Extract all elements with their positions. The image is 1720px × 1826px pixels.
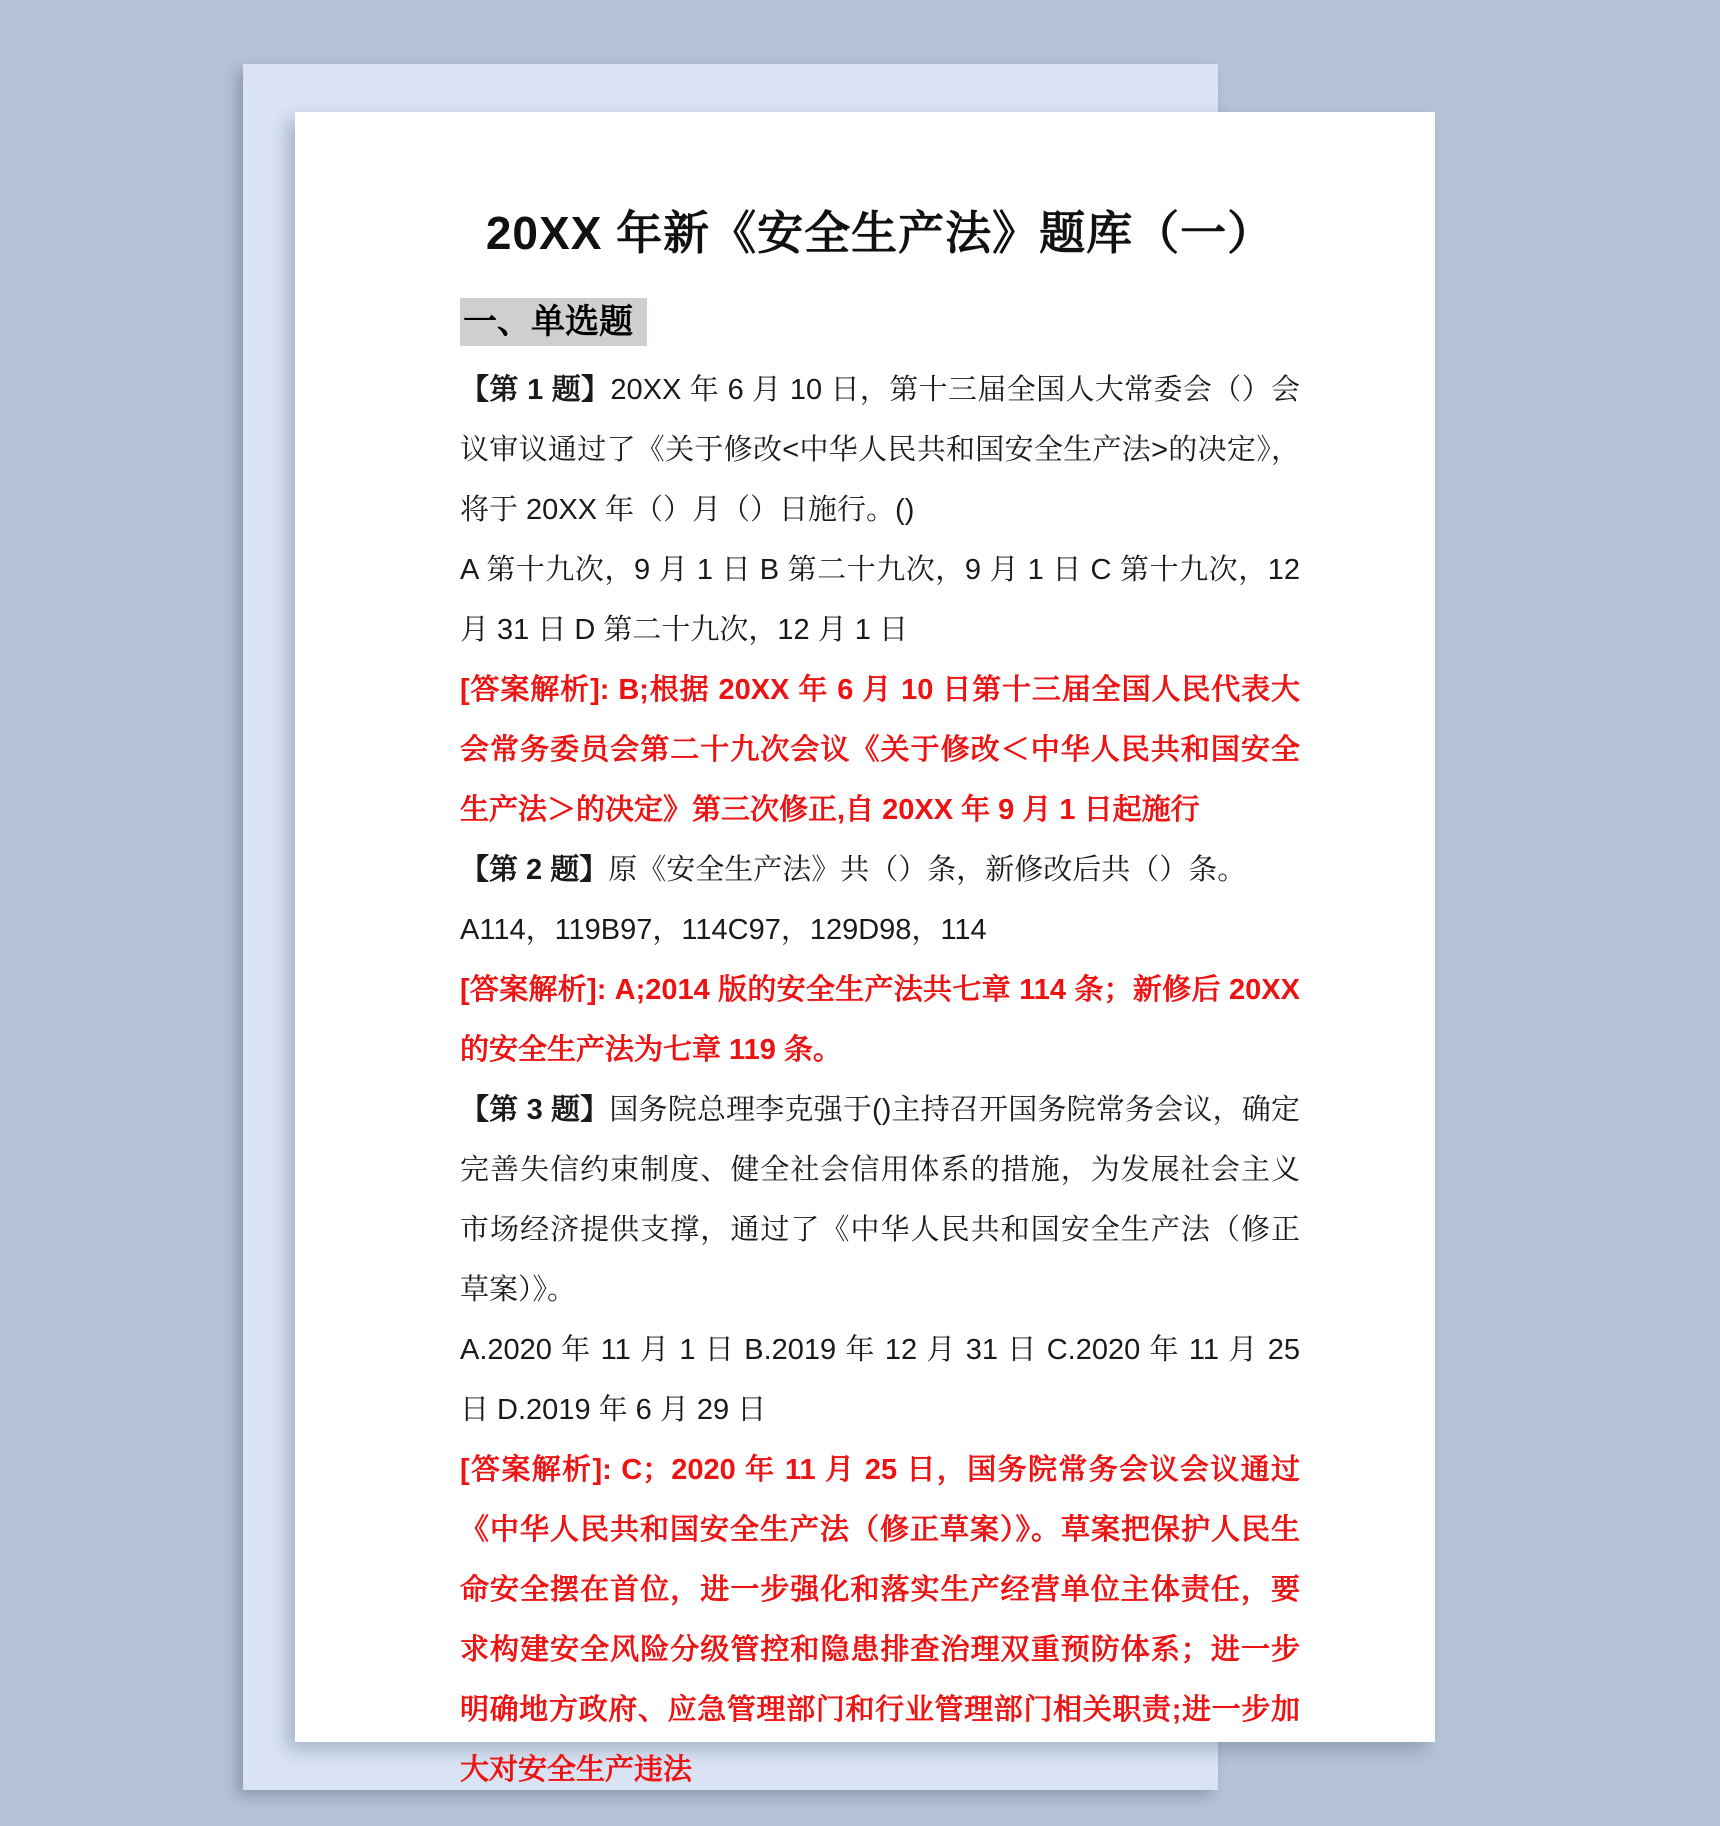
answer-analysis: [答案解析]: A;2014 版的安全生产法共七章 114 条；新修后 20XX… bbox=[460, 960, 1300, 1080]
question-label: 【第 2 题】 bbox=[460, 854, 608, 886]
document-title: 20XX 年新《安全生产法》题库（一） bbox=[460, 202, 1300, 264]
question-label: 【第 3 题】 bbox=[460, 1094, 609, 1126]
answer-analysis: [答案解析]: B;根据 20XX 年 6 月 10 日第十三届全国人民代表大会… bbox=[460, 660, 1300, 840]
question-stem: 原《安全生产法》共（）条，新修改后共（）条。 bbox=[608, 854, 1246, 886]
section-heading: 一、单选题 bbox=[460, 298, 1300, 350]
section-heading-text: 一、单选题 bbox=[460, 298, 647, 346]
question-paragraph: 【第 3 题】国务院总理李克强于()主持召开国务院常务会议，确定完善失信约束制度… bbox=[460, 1080, 1300, 1320]
document-page: 20XX 年新《安全生产法》题库（一） 一、单选题 【第 1 题】20XX 年 … bbox=[295, 112, 1435, 1742]
workspace-background: 20XX 年新《安全生产法》题库（一） 一、单选题 【第 1 题】20XX 年 … bbox=[0, 0, 1720, 1826]
question-options: A 第十九次，9 月 1 日 B 第二十九次，9 月 1 日 C 第十九次，12… bbox=[460, 540, 1300, 660]
question-paragraph: 【第 2 题】原《安全生产法》共（）条，新修改后共（）条。 bbox=[460, 840, 1300, 900]
question-options: A114，119B97，114C97，129D98，114 bbox=[460, 900, 1300, 960]
answer-analysis: [答案解析]: C；2020 年 11 月 25 日，国务院常务会议会议通过《中… bbox=[460, 1440, 1300, 1800]
question-label: 【第 1 题】 bbox=[460, 374, 610, 406]
question-paragraph: 【第 1 题】20XX 年 6 月 10 日，第十三届全国人大常委会（）会议审议… bbox=[460, 360, 1300, 540]
question-options: A.2020 年 11 月 1 日 B.2019 年 12 月 31 日 C.2… bbox=[460, 1320, 1300, 1440]
